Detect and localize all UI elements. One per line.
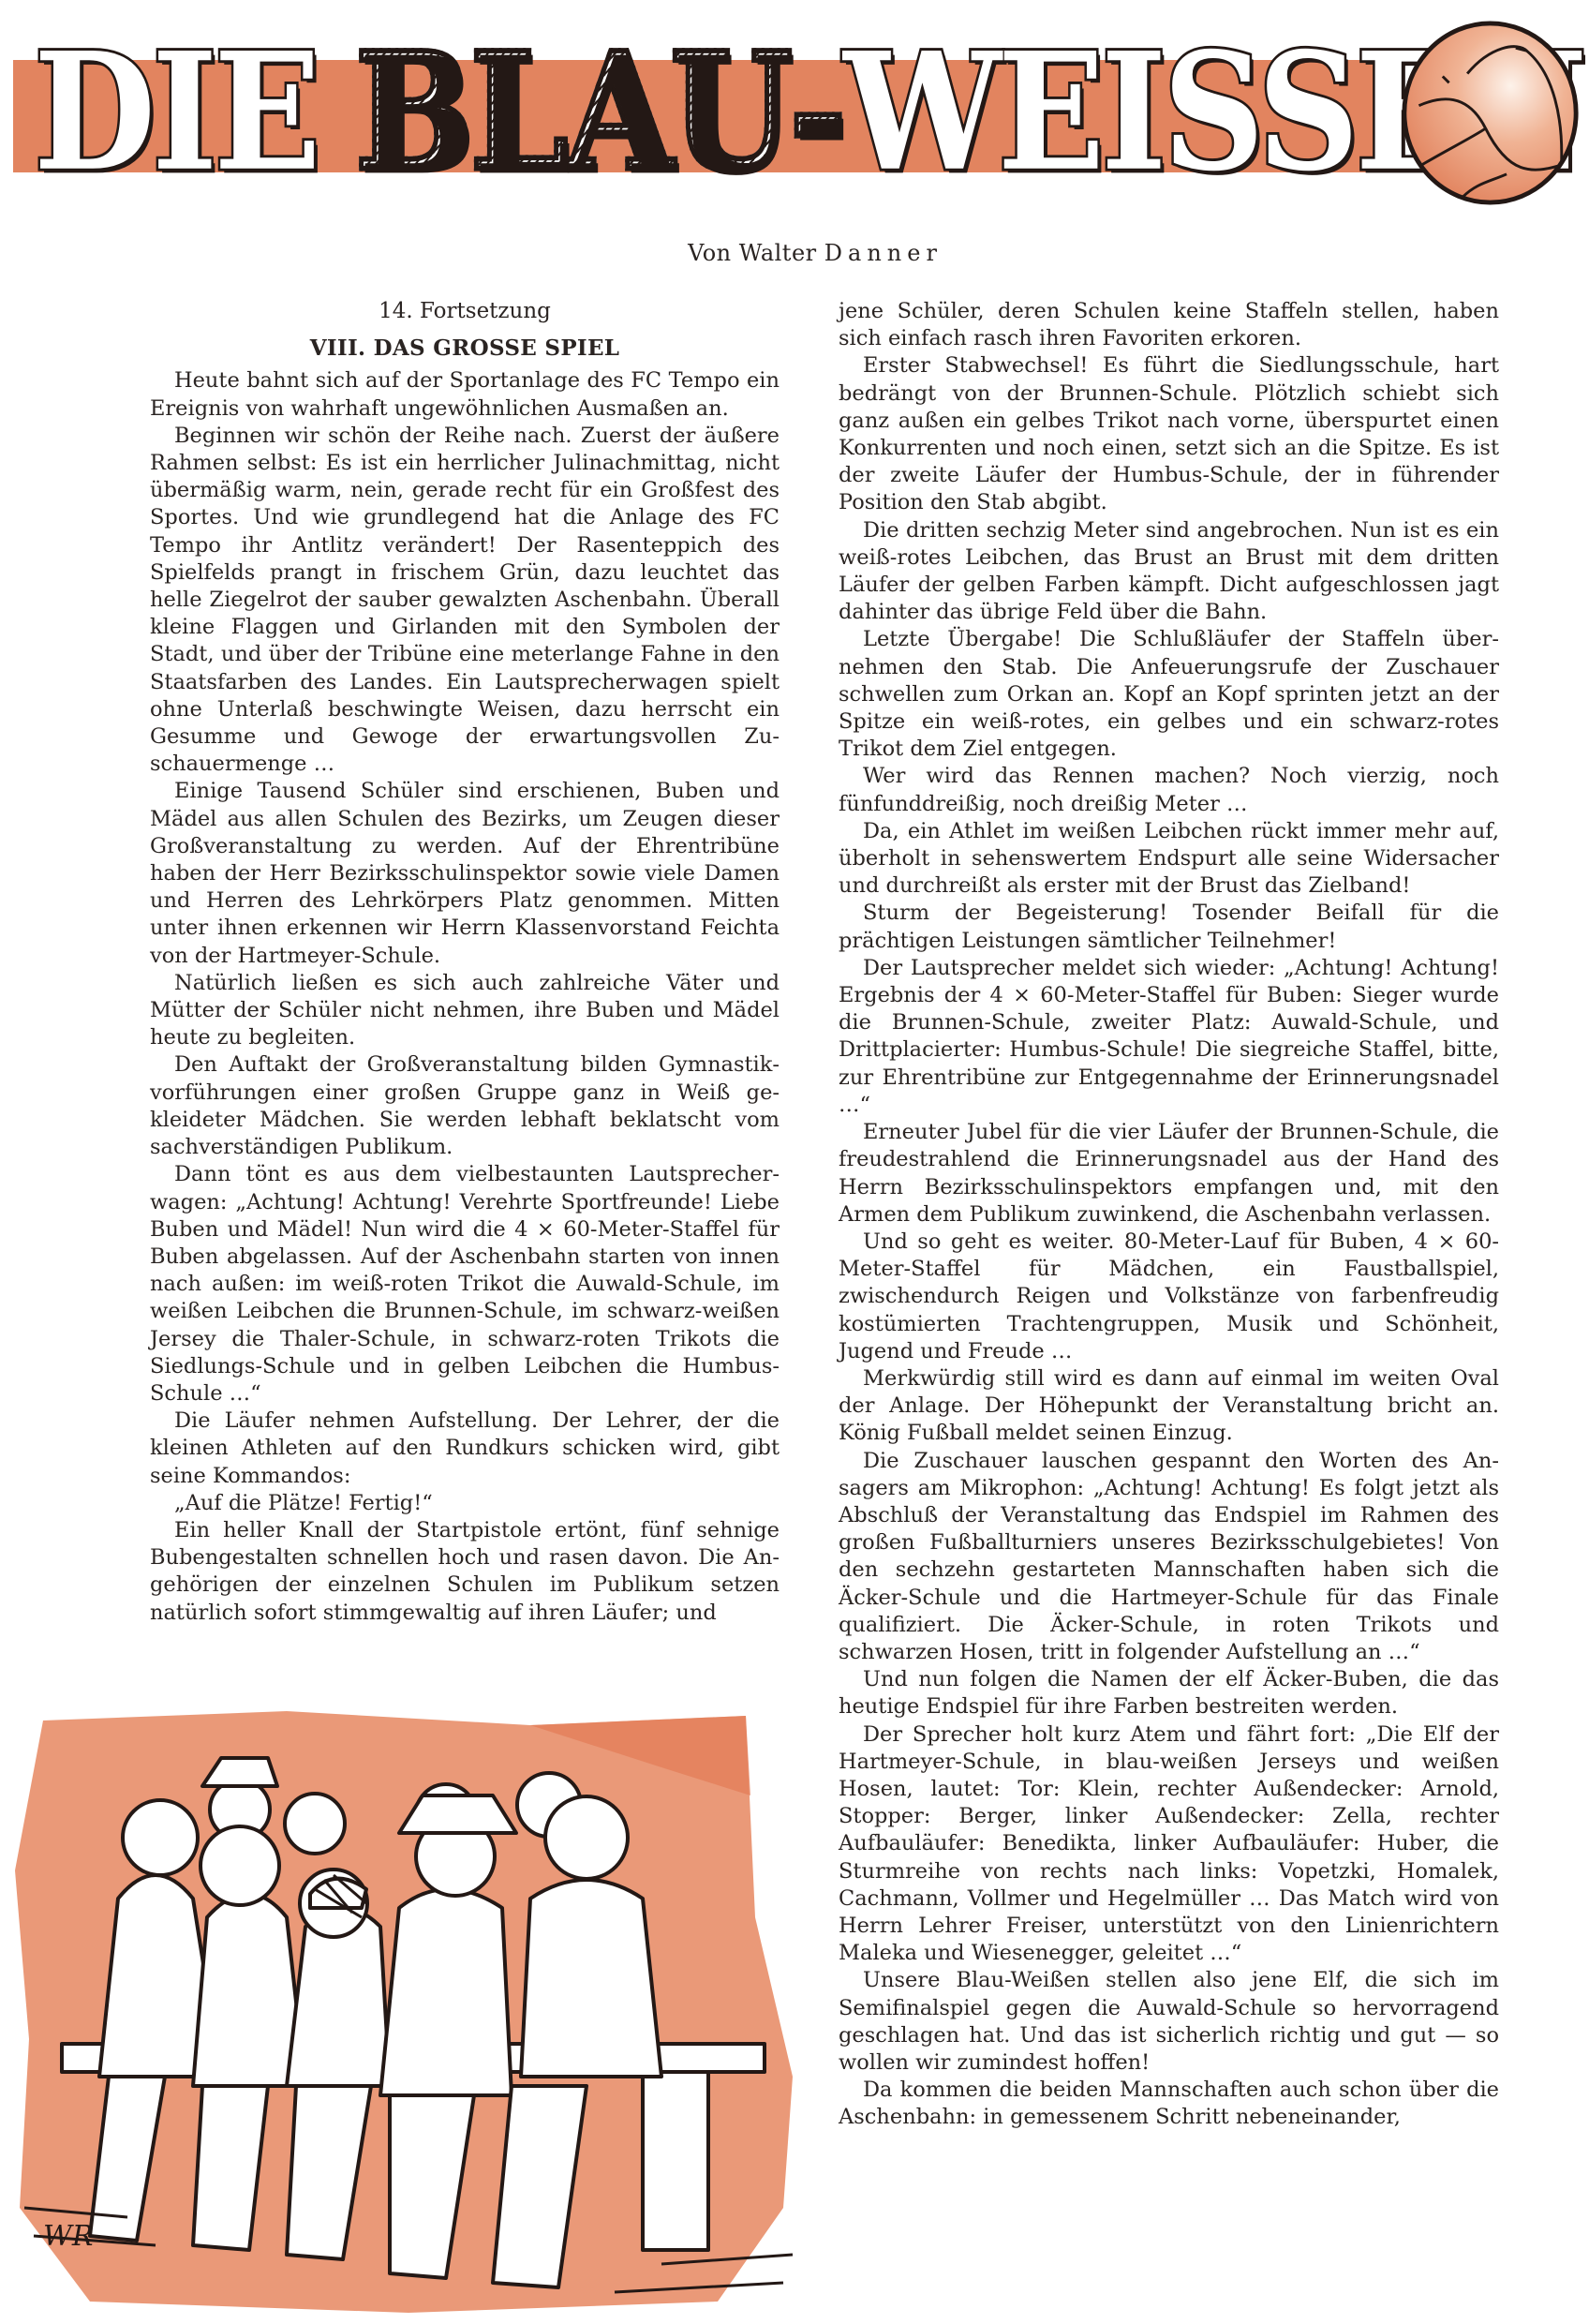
masthead-title: DIE BLAU - WEISSEN	[34, 28, 1583, 197]
paragraph: Ein heller Knall der Startpistole ertönt…	[150, 1517, 780, 1627]
article-column-right: jene Schüler, deren Schulen keine Staffe…	[839, 298, 1499, 2132]
paragraph: Heute bahnt sich auf der Sportanlage des…	[150, 367, 780, 422]
paragraph: Der Sprecher holt kurz Atem und fährt fo…	[839, 1721, 1499, 1968]
paragraph: Der Lautsprecher meldet sich wieder: „Ac…	[839, 955, 1499, 1119]
byline-surname: Danner	[824, 240, 943, 266]
installment-label: 14. Fortsetzung	[150, 298, 780, 325]
chapter-heading: VIII. DAS GROSSE SPIEL	[150, 335, 780, 362]
paragraph: „Auf die Plätze! Fertig!“	[150, 1490, 780, 1517]
paragraph: Die Läufer nehmen Aufstellung. Der Lehre…	[150, 1408, 780, 1490]
paragraph: Wer wird das Rennen machen? Noch vierzig…	[839, 763, 1499, 817]
title-hyphen: -	[789, 32, 843, 194]
paragraph: Erneuter Jubel für die vier Läufer der B…	[839, 1119, 1499, 1229]
paragraph: Und nun folgen die Namen der elf Äcker-B…	[839, 1666, 1499, 1721]
paragraph: Beginnen wir schön der Reihe nach. Zuers…	[150, 423, 780, 779]
football-icon	[1399, 19, 1582, 206]
paragraph: Da kommen die beiden Mannschaften auch s…	[839, 2077, 1499, 2131]
byline: Von Walter Danner	[0, 240, 1589, 266]
paragraph: Erster Stabwechsel! Es führt die Siedlun…	[839, 352, 1499, 516]
paragraph: Letzte Übergabe! Die Schlußläufer der St…	[839, 626, 1499, 763]
article-column-left: 14. Fortsetzung VIII. DAS GROSSE SPIEL H…	[150, 298, 780, 1627]
paragraph: Dann tönt es aus dem vielbestaunten Laut…	[150, 1161, 780, 1408]
spectators-illustration: WR	[6, 1683, 802, 2320]
title-word-blau: BLAU	[355, 32, 789, 194]
paragraph: Und so geht es weiter. 80-Meter-Lauf für…	[839, 1229, 1499, 1365]
masthead: DIE BLAU - WEISSEN	[0, 0, 1589, 225]
paragraph: Einige Tausend Schüler sind erschienen, …	[150, 778, 780, 969]
paragraph: Die dritten sechzig Meter sind angebroch…	[839, 517, 1499, 627]
paragraph-continuation: jene Schüler, deren Schulen keine Staffe…	[839, 298, 1499, 352]
title-word-die: DIE	[34, 32, 318, 194]
paragraph: Die Zuschauer lauschen gespannt den Wort…	[839, 1448, 1499, 1667]
paragraph: Sturm der Begeisterung! Tosender Beifall…	[839, 900, 1499, 954]
byline-prefix: Von Walter	[688, 240, 817, 266]
illustrator-signature: WR	[43, 2220, 93, 2253]
paragraph: Da, ein Athlet im weißen Leibchen rückt …	[839, 818, 1499, 901]
paragraph: Merkwürdig still wird es dann auf einmal…	[839, 1365, 1499, 1448]
paragraph: Unsere Blau-Weißen stellen also jene Elf…	[839, 1967, 1499, 2077]
paragraph: Den Auftakt der Großveranstaltung bilden…	[150, 1051, 780, 1161]
paragraph: Natürlich ließen es sich auch zahlreiche…	[150, 970, 780, 1052]
